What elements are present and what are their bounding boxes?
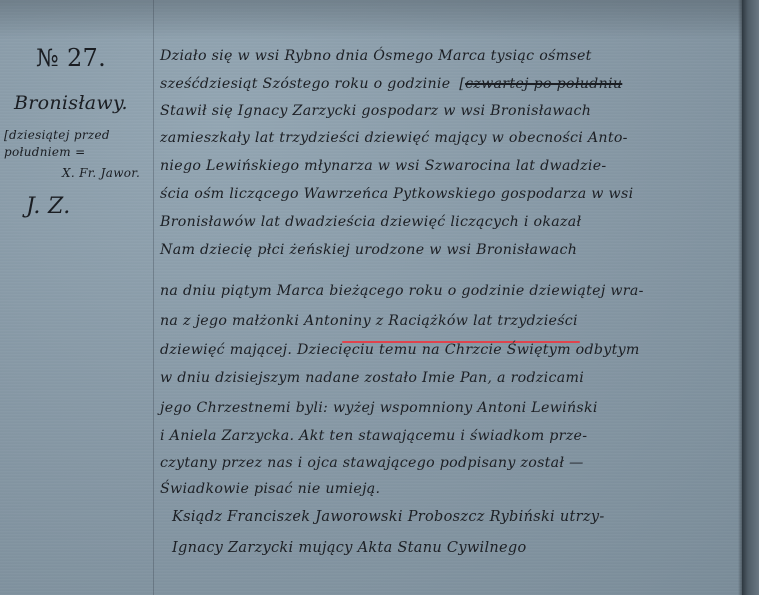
body-line: ścia ośm liczącego Wawrzeńca Pytkowskieg… bbox=[160, 186, 633, 202]
body-line: Działo się w wsi Rybno dnia Ósmego Marca… bbox=[160, 48, 592, 64]
body-line: w dniu dzisiejszym nadane zostało Imie P… bbox=[160, 370, 584, 386]
entry-number: № 27. bbox=[36, 44, 106, 72]
signature-father: Ignacy Zarzycki mujący Akta Stanu Cywiln… bbox=[172, 540, 527, 556]
body-line-text: sześćdziesiąt Szóstego roku o godzinie bbox=[160, 76, 450, 92]
margin-note-line: X. Fr. Jawor. bbox=[62, 166, 140, 180]
document-page: № 27. Bronisławy. [dziesiątej przed połu… bbox=[0, 0, 748, 595]
body-line: Nam dziecię płci żeńskiej urodzone w wsi… bbox=[160, 242, 577, 258]
struck-text: czwartej po południu bbox=[465, 76, 622, 92]
body-line: i Aniela Zarzycka. Akt ten stawającemu i… bbox=[160, 428, 587, 444]
body-line: Świadkowie pisać nie umieją. bbox=[160, 481, 380, 497]
body-line: niego Lewińskiego młynarza w wsi Szwaroc… bbox=[160, 158, 606, 174]
margin-note-line: [dziesiątej przed bbox=[4, 128, 110, 142]
margin-initials: J. Z. bbox=[26, 194, 71, 219]
body-line: zamieszkały lat trzydzieści dziewięć maj… bbox=[160, 130, 628, 146]
body-line: na dniu piątym Marca bieżącego roku o go… bbox=[160, 283, 644, 299]
page-top-shadow bbox=[0, 0, 748, 40]
child-name: Bronisławy. bbox=[14, 92, 128, 114]
body-line: dziewięć mającej. Dziecięciu temu na Chr… bbox=[160, 342, 640, 358]
body-line: czytany przez nas i ojca stawającego pod… bbox=[160, 455, 584, 471]
signature-priest: Ksiądz Franciszek Jaworowski Proboszcz R… bbox=[172, 509, 605, 525]
body-line: sześćdziesiąt Szóstego roku o godzinie [… bbox=[160, 76, 622, 92]
body-line: Bronisławów lat dwadzieścia dziewięć lic… bbox=[160, 214, 581, 230]
body-line: jego Chrzestnemi byli: wyżej wspomniony … bbox=[160, 400, 598, 416]
book-binding bbox=[742, 0, 759, 595]
margin-note-line: południem = bbox=[4, 145, 85, 159]
body-line: Stawił się Ignacy Zarzycki gospodarz w w… bbox=[160, 103, 591, 119]
body-line: na z jego małżonki Antoniny z Raciążków … bbox=[160, 313, 578, 329]
margin-rule bbox=[153, 0, 154, 595]
